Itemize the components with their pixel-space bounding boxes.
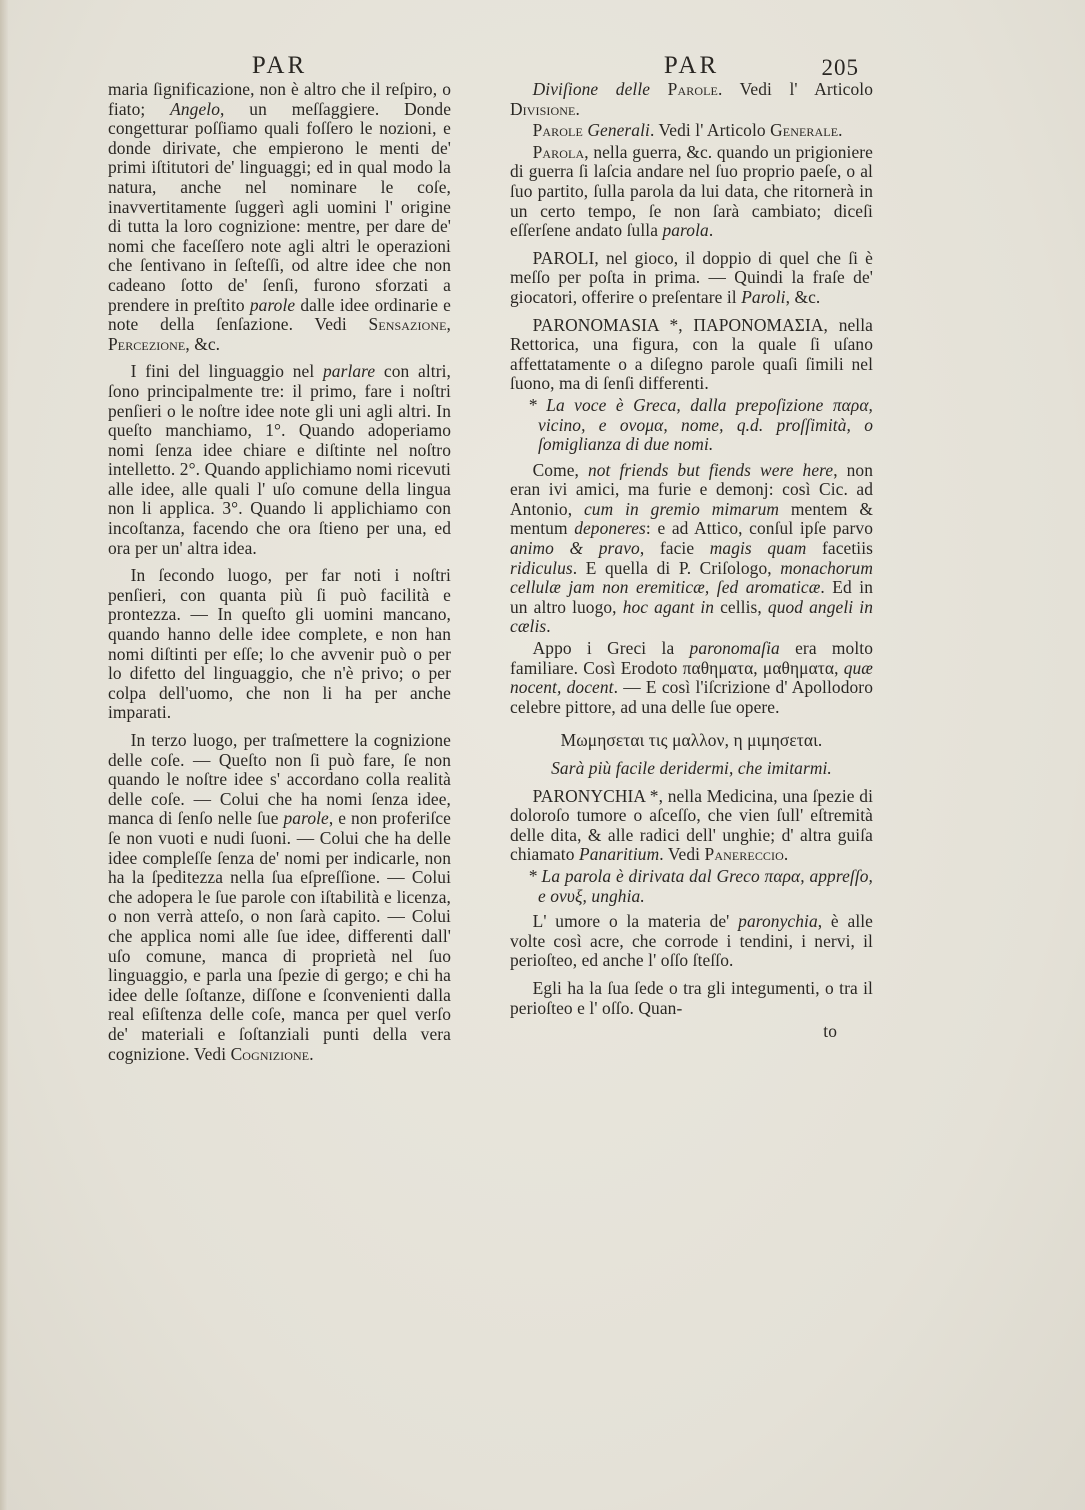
- paragraph: Come, not friends but fiends were here, …: [510, 461, 873, 637]
- left-column: PAR maria ſignificazione, non è altro ch…: [108, 52, 451, 1072]
- paragraph: In terzo luogo, per traſmettere la cogni…: [108, 731, 451, 1064]
- page-edge: [0, 0, 8, 1510]
- paragraph: I fini del linguaggio nel parlare con al…: [108, 362, 451, 558]
- footnote: * La voce è Greca, dalla prepoſizione πα…: [510, 396, 873, 455]
- footnote: * La parola è dirivata dal Greco παρα, a…: [510, 867, 873, 906]
- running-head-right: PAR 205: [510, 52, 873, 80]
- entry-headword: PARONOMASIA *, ΠΑΡΟΝΟΜΑΣΙΑ: [533, 315, 824, 335]
- right-column: PAR 205 Diviſione delle Parole. Vedi l' …: [510, 52, 873, 1042]
- entry-parola: Parola, nella guerra, &c. quando un prig…: [510, 143, 873, 241]
- entry-parole-generali: Parole Generali. Vedi l' Articolo Genera…: [510, 121, 873, 141]
- paragraph: maria ſignificazione, non è altro che il…: [108, 80, 451, 354]
- italian-verse: Sarà più facile deridermi, che imitarmi.: [510, 759, 873, 779]
- cross-reference: Sensazione: [369, 314, 447, 334]
- running-head-left: PAR: [108, 52, 451, 80]
- book-page: PAR maria ſignificazione, non è altro ch…: [0, 0, 1085, 1510]
- entry-paroli: PAROLI, nel gioco, il doppio di quel che…: [510, 249, 873, 308]
- entry-headword: PAROLI: [533, 248, 595, 268]
- cross-reference: Percezione: [108, 334, 185, 354]
- entry-paronomasia: PARONOMASIA *, ΠΑΡΟΝΟΜΑΣΙΑ, nella Rettor…: [510, 316, 873, 394]
- paragraph: Egli ha la ſua ſede o tra gli integument…: [510, 979, 873, 1018]
- entry-paronychia: PARONYCHIA *, nella Medicina, una ſpezie…: [510, 787, 873, 865]
- page-number: 205: [822, 54, 860, 82]
- paragraph: Appo i Greci la paronomaſia era molto fa…: [510, 639, 873, 717]
- entry-headword: PARONYCHIA *: [533, 786, 659, 806]
- greek-verse: Μωμησεται τις μαλλον, η μιμησεται.: [510, 731, 873, 751]
- paragraph: L' umore o la materia de' paronychia, è …: [510, 912, 873, 971]
- cross-reference: Cognizione: [231, 1044, 310, 1064]
- entry-divisione-delle-parole: Diviſione delle Parole. Vedi l' Articolo…: [510, 80, 873, 119]
- catchword: to: [510, 1022, 837, 1042]
- paragraph: In ſecondo luogo, per far noti i noſtri …: [108, 566, 451, 723]
